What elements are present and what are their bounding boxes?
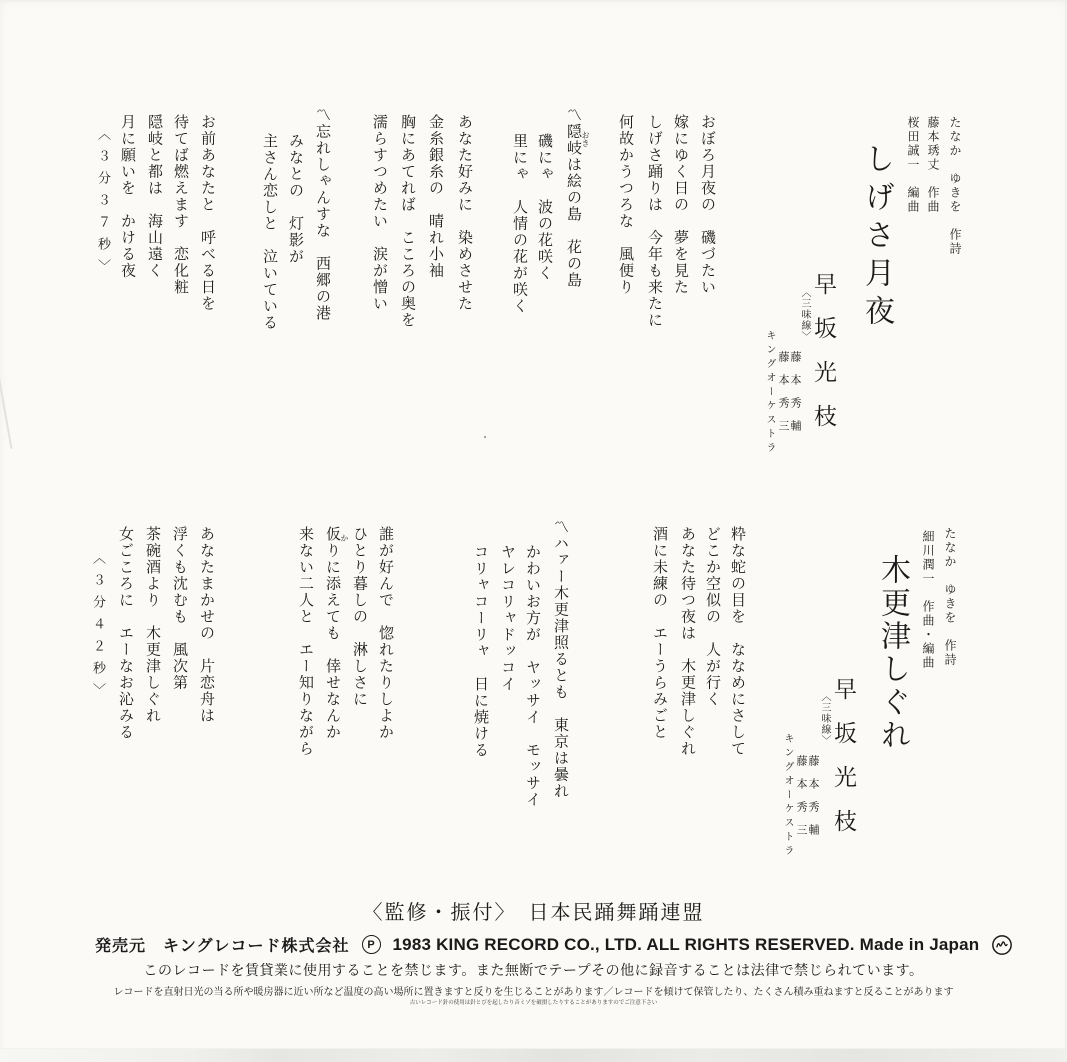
lyric-line: 粋な蛇の目を ななめにさして — [729, 526, 744, 757]
lyric-line: 酒に未練の エーうらみごと — [651, 526, 666, 741]
lyric-line: 月に願いを かける夜 — [119, 114, 134, 279]
lyric-line: おぼろ月夜の 磯づたい — [699, 114, 714, 296]
lyric-line: 〽忘れしゃんすな 西郷の港 — [314, 107, 329, 322]
lyric-line: 来ない二人と エー知りながら — [297, 526, 312, 757]
song1-shamisen-label: 〈三味線〉 — [799, 287, 809, 342]
lyric-line: しげさ踊りは 今年も来たに — [646, 114, 661, 329]
lyric-line: 磯にゃ 波の花咲く — [536, 133, 551, 282]
lyric-line: 濡らすつめたい 涙が憎い — [371, 114, 386, 312]
lyric-line: 何故かうつろな 風便り — [617, 114, 632, 296]
sleeve-bottom-edge — [0, 1048, 1067, 1062]
sleeve-top-edge — [0, 0, 1067, 3]
lyric-line: どこか空似の 人が行く — [704, 526, 719, 708]
lyric-line: コリャコーリャ 日に焼ける — [472, 544, 487, 759]
song1-credit-lyricist: たなか ゆきを 作詩 — [949, 116, 961, 256]
publisher-line: 発売元 キングレコード株式会社 P 1983 KING RECORD CO., … — [95, 933, 1013, 956]
lyric-line: お前あなたと 呼べる日を — [199, 114, 214, 312]
lyric-line: 待てば燃えます 恋化粧 — [172, 114, 187, 296]
ruby-ka: か — [340, 534, 348, 542]
song1-shamisen-player-2: 藤本秀三 — [777, 351, 788, 443]
lyric-line: かわいお方が ヤッサイ モッサイ — [524, 544, 539, 808]
lyric-line: あなた待つ夜は 木更津しぐれ — [679, 526, 694, 757]
king-record-logo-icon — [991, 934, 1013, 956]
care-notice-1: レコードを直射日光の当る所や暖房器に近い所など温度の高い場所に置きますと反りを生… — [0, 983, 1067, 998]
lyric-line: 胸にあてれば こころの奥を — [399, 114, 414, 329]
lyric-line: みなとの 灯影が — [287, 133, 302, 265]
lyric-line: 誰が好んで 惚れたりしよか — [377, 526, 392, 741]
lyric-line: 〽隠岐は絵の島 花の島 — [565, 107, 580, 289]
song2-duration: 〈３分４２秒〉 — [92, 551, 105, 705]
copyright-text: 1983 KING RECORD CO., LTD. ALL RIGHTS RE… — [393, 935, 980, 955]
supervision-line: 〈監修・振付〉 日本民踊舞踊連盟 — [0, 896, 1067, 925]
song1-credit-composer: 藤本琇丈 作曲 — [927, 116, 939, 214]
lyric-line: 女ごころに エーなお沁みる — [117, 526, 132, 741]
rental-prohibition-notice: このレコードを賃貸業に使用することを禁じます。また無断でテープその他に録音するこ… — [0, 960, 1067, 980]
lyric-line: 金糸銀糸の 晴れ小袖 — [427, 114, 442, 279]
lyric-line: 仮りに添えても 倖せなんか — [324, 526, 339, 741]
song1-credit-arranger: 桜田誠一 編曲 — [907, 116, 919, 214]
sleeve-left-notch — [0, 378, 12, 449]
lyric-line: ヤレコリャドッコイ — [499, 544, 514, 693]
song2-shamisen-player-2: 藤本秀三 — [795, 755, 806, 847]
song1-singer: 早坂光枝 — [812, 272, 835, 448]
song2-shamisen-player-1: 藤本秀輔 — [807, 755, 818, 847]
ruby-oki: おき — [581, 131, 589, 147]
song1-duration: 〈３分３７秒〉 — [97, 127, 110, 281]
lyric-line: 浮くも沈むも 風次第 — [171, 526, 186, 691]
lyric-line: 隠岐と都は 海山遠く — [146, 114, 161, 279]
publisher-name: 発売元 キングレコード株式会社 — [95, 933, 350, 956]
song2-shamisen-label: 〈三味線〉 — [819, 691, 829, 746]
lyric-line: 嫁にゆく日の 夢を見た — [672, 114, 687, 296]
song2-title: 木更津しぐれ — [877, 554, 907, 752]
song2-singer: 早坂光枝 — [832, 677, 855, 853]
lyric-line: 〽ハァー木更津照るとも 東京は曇れ — [552, 519, 567, 800]
print-speck — [484, 436, 486, 438]
song2-credit-lyricist: たなか ゆきを 作詩 — [944, 527, 956, 667]
p-in-circle-icon: P — [362, 935, 381, 954]
lyric-line: 主さん恋しと 泣いている — [261, 133, 276, 331]
record-sleeve-back: たなか ゆきを 作詩 藤本琇丈 作曲 桜田誠一 編曲 しげさ月夜 早坂光枝 〈三… — [0, 0, 1067, 1062]
lyric-line: あなたまかせの 片恋舟は — [198, 526, 213, 724]
lyric-line: あなた好みに 染めさせた — [456, 114, 471, 312]
lyric-line: ひとり暮しの 淋しさに — [351, 526, 366, 708]
lyric-line: 茶碗酒より 木更津しぐれ — [144, 526, 159, 724]
lyric-line: 里にゃ 人情の花が咲く — [511, 133, 526, 315]
song2-credit-composer: 細川潤一 作曲・編曲 — [922, 530, 934, 670]
song1-shamisen-player-1: 藤本秀輔 — [789, 351, 800, 443]
song1-orchestra: キングオーケストラ — [764, 330, 774, 456]
care-notice-2: 古いレコード針の使用は針とびを起したり音ミゾを破損したりすることがありますのでご… — [0, 998, 1067, 1006]
song1-title: しげさ月夜 — [861, 143, 891, 333]
song2-orchestra: キングオーケストラ — [782, 733, 792, 859]
